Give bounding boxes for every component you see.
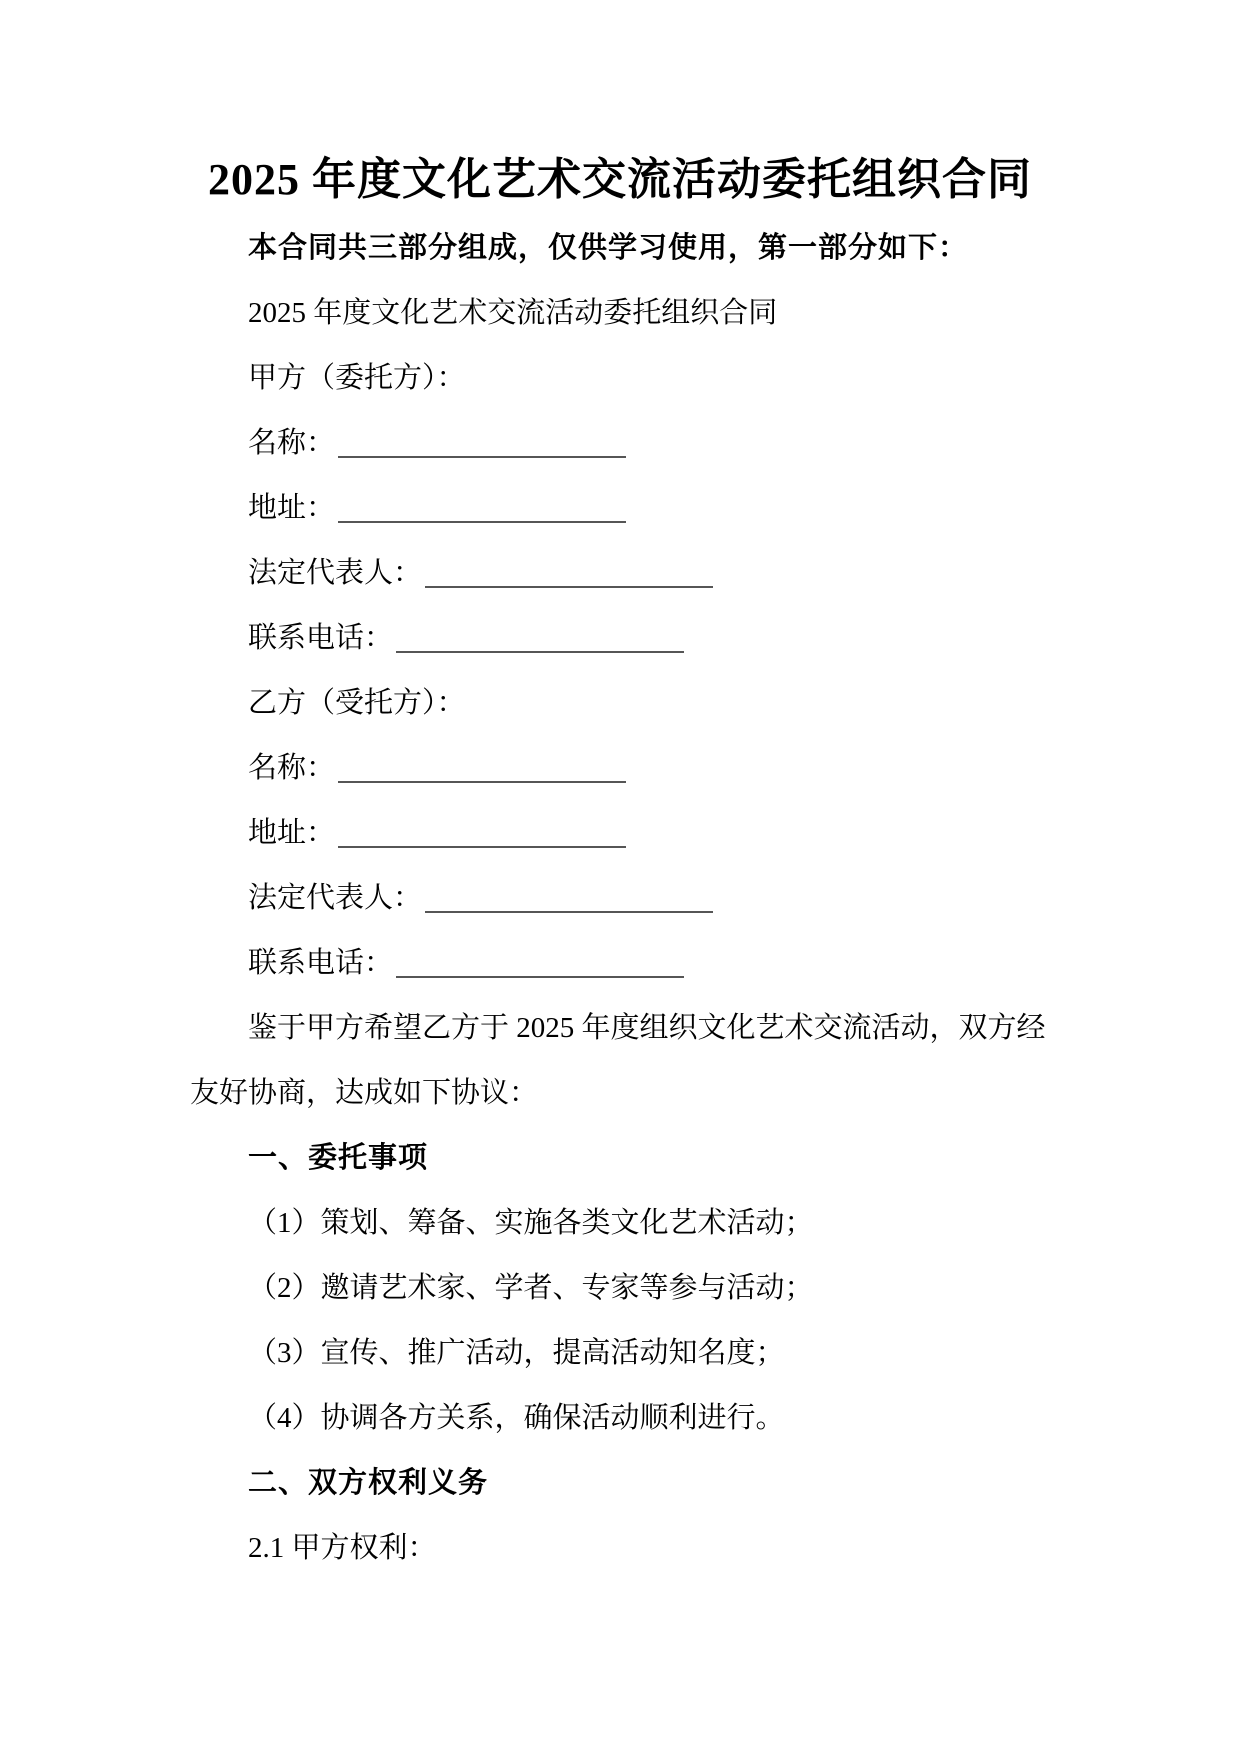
party-b-address-row: 地址： (190, 801, 1050, 866)
section-1-heading: 一、委托事项 (190, 1126, 1050, 1191)
party-a-representative-row: 法定代表人： (190, 541, 1050, 606)
party-b-address-label: 地址： (248, 817, 335, 849)
party-a-address-row: 地址： (190, 476, 1050, 541)
party-b-phone-label: 联系电话： (248, 947, 393, 979)
section-1-item-4: （4）协调各方关系，确保活动顺利进行。 (190, 1386, 1050, 1451)
section-1-item-3: （3）宣传、推广活动，提高活动知名度； (190, 1321, 1050, 1386)
document-content: 2025 年度文化艺术交流活动委托组织合同 本合同共三部分组成，仅供学习使用，第… (0, 0, 1240, 1581)
section-1-item-1: （1）策划、筹备、实施各类文化艺术活动； (190, 1191, 1050, 1256)
party-a-address-label: 地址： (248, 492, 335, 524)
contract-subtitle: 2025 年度文化艺术交流活动委托组织合同 (190, 281, 1050, 346)
party-a-phone-blank-line (396, 649, 684, 653)
document-title: 2025 年度文化艺术交流活动委托组织合同 (190, 0, 1050, 202)
section-2-heading: 二、双方权利义务 (190, 1451, 1050, 1516)
party-b-name-row: 名称： (190, 736, 1050, 801)
party-a-phone-row: 联系电话： (190, 606, 1050, 671)
party-b-name-label: 名称： (248, 752, 335, 784)
party-a-name-label: 名称： (248, 427, 335, 459)
section-1-item-2: （2）邀请艺术家、学者、专家等参与活动； (190, 1256, 1050, 1321)
party-b-phone-row: 联系电话： (190, 931, 1050, 996)
party-b-address-blank-line (338, 844, 626, 848)
party-a-name-row: 名称： (190, 411, 1050, 476)
party-b-representative-label: 法定代表人： (248, 882, 422, 914)
party-b-name-blank-line (338, 779, 626, 783)
party-a-heading: 甲方（委托方）： (190, 346, 1050, 411)
intro-note: 本合同共三部分组成，仅供学习使用，第一部分如下： (190, 216, 1050, 281)
party-b-representative-row: 法定代表人： (190, 866, 1050, 931)
party-a-representative-blank-line (425, 584, 713, 588)
recital-line-2: 友好协商，达成如下协议： (190, 1061, 1050, 1126)
party-a-representative-label: 法定代表人： (248, 557, 422, 589)
document-page: 2025 年度文化艺术交流活动委托组织合同 本合同共三部分组成，仅供学习使用，第… (0, 0, 1240, 1753)
party-a-name-blank-line (338, 454, 626, 458)
party-b-phone-blank-line (396, 974, 684, 978)
recital-line-1: 鉴于甲方希望乙方于 2025 年度组织文化艺术交流活动，双方经 (190, 996, 1050, 1061)
party-b-representative-blank-line (425, 909, 713, 913)
party-a-phone-label: 联系电话： (248, 622, 393, 654)
section-2-subheading: 2.1 甲方权利： (190, 1516, 1050, 1581)
party-b-heading: 乙方（受托方）： (190, 671, 1050, 736)
party-a-address-blank-line (338, 519, 626, 523)
